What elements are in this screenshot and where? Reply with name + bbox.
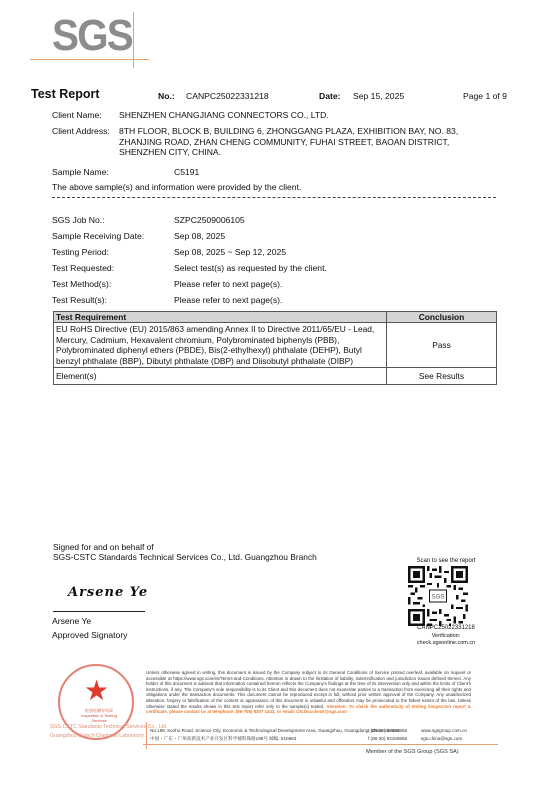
client-name-value: SHENZHEN CHANGJIANG CONNECTORS CO., LTD. [119,110,329,120]
report-title: Test Report [31,87,100,101]
testing-period-label: Testing Period: [52,247,109,257]
signed-on-behalf: Signed for and on behalf of SGS-CSTC Sta… [53,543,317,562]
col-header-conclusion: Conclusion [387,312,497,323]
sample-name-label: Sample Name: [52,167,109,177]
job-no-value: SZPC2509006105 [174,215,245,225]
table-header-row: Test Requirement Conclusion [54,312,497,323]
testing-period-value: Sep 08, 2025 ~ Sep 12, 2025 [174,247,286,257]
receiving-date-value: Sep 08, 2025 [174,231,225,241]
sgs-logo: SGS [52,14,132,58]
test-results-label: Test Result(s): [52,295,107,305]
table-row: Element(s) See Results [54,368,497,385]
page-indicator: Page 1 of 9 [463,91,507,101]
client-address-line: 8TH FLOOR, BLOCK B, BUILDING 6, ZHONGGAN… [119,126,458,137]
client-address-label: Client Address: [52,126,110,136]
signatory-title: Approved Signatory [52,630,127,640]
date-label: Date: [319,91,341,101]
client-name-label: Client Name: [52,110,102,120]
test-requested-value: Select test(s) as requested by the clien… [174,263,327,273]
seal-text: 检验检测专用章 Inspection & Testing Services [74,708,124,723]
test-requirement-table: Test Requirement Conclusion EU RoHS Dire… [53,311,497,385]
logo-vertical-rule [133,12,134,68]
table-row: EU RoHS Directive (EU) 2015/863 amending… [54,323,497,368]
test-methods-label: Test Method(s): [52,279,111,289]
handwritten-signature: Arsene Ye [68,585,148,600]
col-header-requirement: Test Requirement [54,312,387,323]
qr-report-number: CANPC25022331218 [405,625,487,631]
star-icon: ★ [84,677,109,705]
client-address-line: SHENZHEN CITY, CHINA. [119,147,458,158]
legal-disclaimer: Unless otherwise agreed in writing, this… [146,670,471,715]
report-no-label: No.: [158,91,175,101]
client-address-line: ZHANJING ROAD, ZHAN CHENG COMMUNITY, FUH… [119,137,458,148]
phone-number: t (86-20) 82155555 [368,728,407,733]
address-chinese: 中国・广东・广州高新技术产业开发区科学城科珠路198号 邮编: 510663 [150,736,296,742]
conclusion-cell: See Results [387,368,497,385]
website-link[interactable]: www.sgsgroup.com.cn [421,728,467,733]
qr-code[interactable]: SGS [408,566,468,626]
receiving-date-label: Sample Receiving Date: [52,231,144,241]
signatory-name: Arsene Ye [52,616,91,626]
address-english: No.198, Kezhu Road, Science City, Econom… [150,728,400,733]
qr-caption: Scan to see the report [405,558,487,564]
job-no-label: SGS Job No.: [52,215,105,225]
email-link[interactable]: sgs.china@sgs.com [421,736,462,741]
member-statement: Member of the SGS Group (SGS SA) [366,749,459,755]
client-address-value: 8TH FLOOR, BLOCK B, BUILDING 6, ZHONGGAN… [119,126,458,158]
conclusion-cell: Pass [387,323,497,368]
fax-number: f (86-20) 82155555 [368,736,407,741]
signature-line [53,611,145,612]
qr-verification: Verification: check.sgsonline.com.cn [405,633,487,646]
sample-note: The above sample(s) and information were… [52,182,301,192]
report-no-value: CANPC25022331218 [186,91,269,101]
dashed-divider [52,197,496,198]
requirement-cell: EU RoHS Directive (EU) 2015/863 amending… [54,323,387,368]
test-requested-label: Test Requested: [52,263,114,273]
test-methods-value: Please refer to next page(s). [174,279,282,289]
logo-horizontal-rule [30,59,149,60]
sample-name-value: C5191 [174,167,199,177]
test-results-value: Please refer to next page(s). [174,295,282,305]
verification-site[interactable]: check.sgsonline.com.cn [405,640,487,647]
signed-line-2: SGS-CSTC Standards Technical Services Co… [53,553,317,563]
seal-text-en: Inspection & Testing Services [74,713,124,723]
qr-center-logo: SGS [431,594,444,601]
date-value: Sep 15, 2025 [353,91,404,101]
footer-rule [143,744,498,745]
seal-side-text-2: Guangzhou Branch Chemical Laboratory. [50,733,145,739]
requirement-cell: Element(s) [54,368,387,385]
